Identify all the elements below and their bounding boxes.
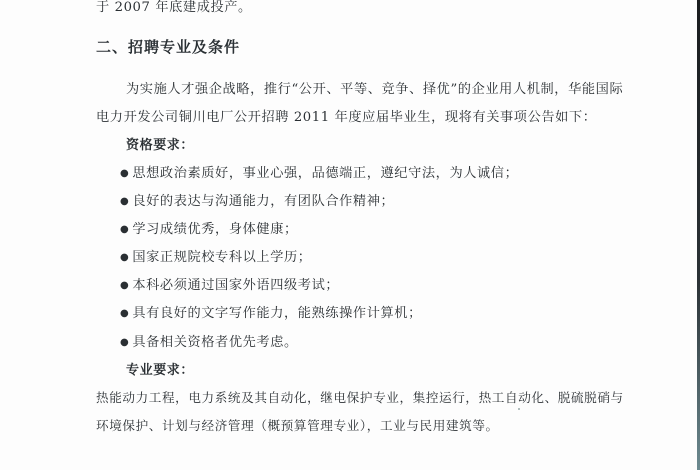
intro-paragraph-line-2: 电力开发公司铜川电厂公开招聘 2011 年度应届毕业生，现将有关事项公告如下： <box>96 106 597 125</box>
qualification-item: 本科必须通过国家外语四级考试； <box>120 274 339 293</box>
qualification-item: 良好的表达与沟通能力，有团队合作精神； <box>120 190 394 209</box>
qualification-item: 思想政治素质好，事业心强，品德端正，遵纪守法，为人诚信； <box>120 162 518 181</box>
qualification-item: 具备相关资格者优先考虑。 <box>120 331 298 350</box>
major-line-1: 热能动力工程，电力系统及其自动化，继电保护专业，集控运行，热工自动化、脱硫脱硝与 <box>96 387 624 406</box>
intro-paragraph-line-1: 为实施人才强企战略，推行“公开、平等、竞争、择优”的企业用人机制，华能国际 <box>126 78 623 97</box>
major-line-2: 环境保护、计划与经济管理（概预算管理专业），工业与民用建筑等。 <box>96 415 499 434</box>
qualification-item: 具有良好的文字写作能力，能熟练操作计算机； <box>120 302 422 321</box>
top-fragment-text: 于 2007 年底建成投产。 <box>96 0 252 15</box>
section-heading: 二、招聘专业及条件 <box>96 36 240 57</box>
scanned-document-page: 于 2007 年底建成投产。 二、招聘专业及条件 为实施人才强企战略，推行“公开… <box>0 0 697 470</box>
major-label: 专业要求： <box>126 359 194 378</box>
qualification-item: 学习成绩优秀，身体健康； <box>120 218 298 237</box>
qualification-item: 国家正规院校专科以上学历； <box>120 246 312 265</box>
scan-speck <box>518 408 520 410</box>
qualification-label: 资格要求： <box>126 134 194 153</box>
